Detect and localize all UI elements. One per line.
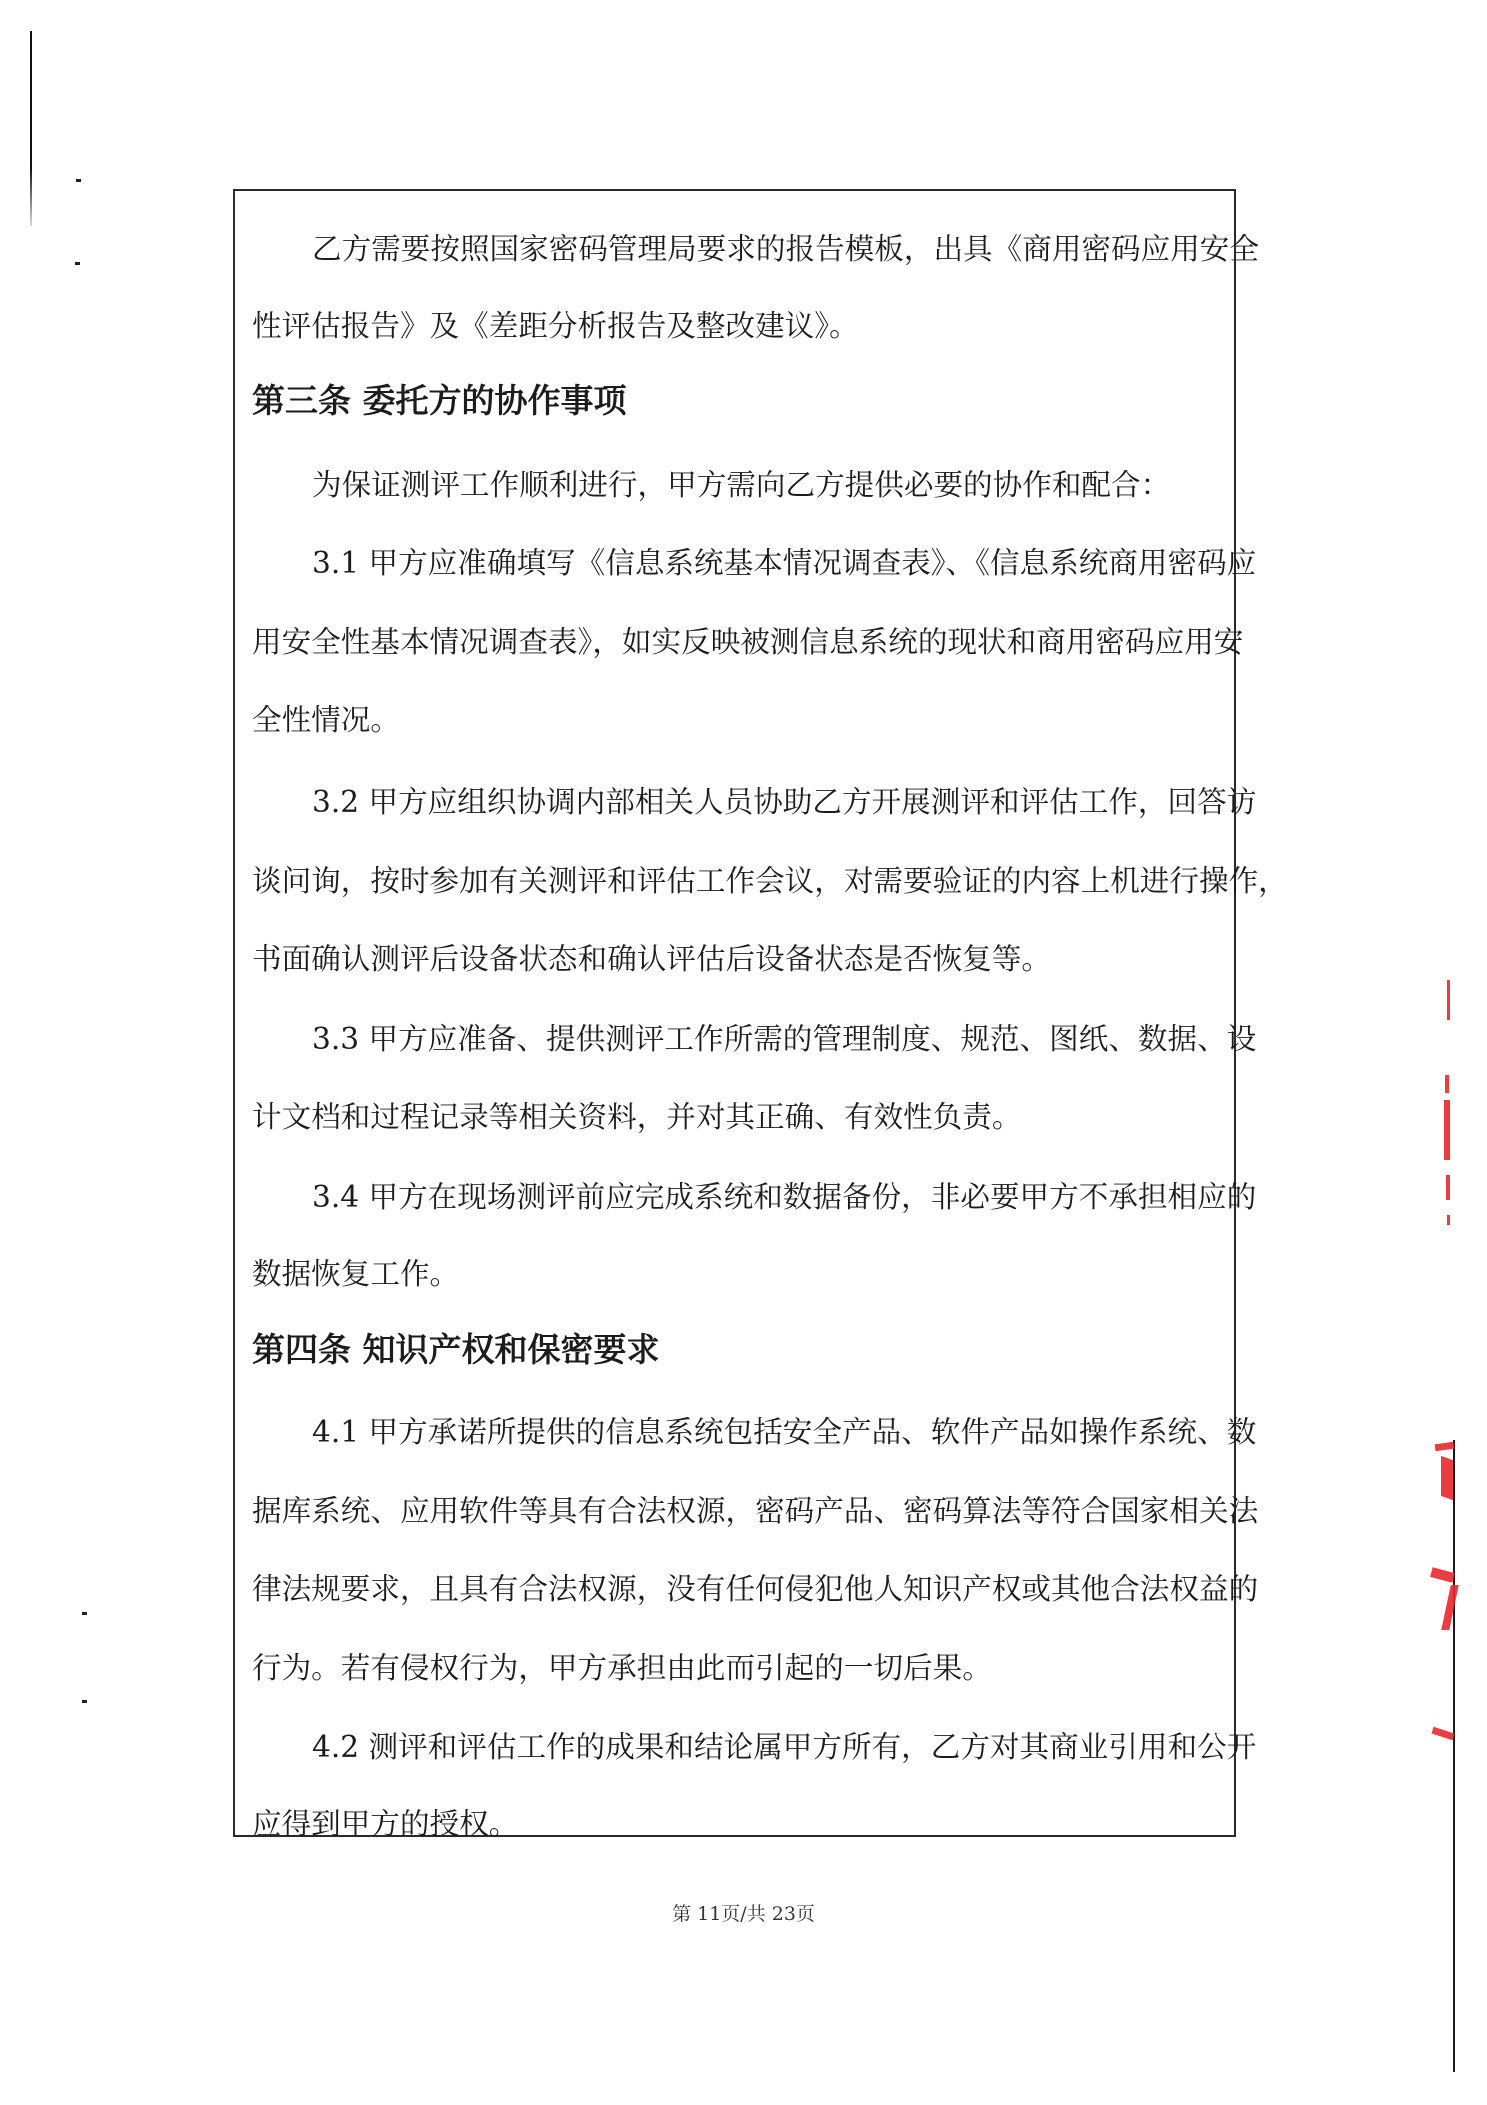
article-4-heading: 第四条 知识产权和保密要求 (252, 1331, 660, 1369)
clause-3-2-line: 3.2 甲方应组织协调内部相关人员协助乙方开展测评和评估工作，回答访 (312, 785, 1256, 819)
article-3-heading: 第三条 委托方的协作事项 (252, 382, 627, 420)
scan-margin-line (30, 31, 32, 226)
clause-3-4-line: 3.4 甲方在现场测评前应完成系统和数据备份，非必要甲方不承担相应的 (312, 1180, 1256, 1214)
page-number: 第 11页/共 23页 (0, 1903, 1487, 1925)
clause-3-1-line: 用安全性基本情况调查表》，如实反映被测信息系统的现状和商用密码应用安 (252, 625, 1243, 659)
paragraph-line: 性评估报告》及《差距分析报告及整改建议》。 (252, 309, 859, 343)
clause-3-2-line: 谈问询，按时参加有关测评和评估工作会议，对需要验证的内容上机进行操作， (252, 864, 1288, 898)
clause-3-3-line: 3.3 甲方应准备、提供测评工作所需的管理制度、规范、图纸、数据、设 (312, 1022, 1256, 1056)
clause-3-3-line: 计文档和过程记录等相关资料，并对其正确、有效性负责。 (252, 1100, 1021, 1134)
clause-4-1-line: 行为。若有侵权行为，甲方承担由此而引起的一切后果。 (252, 1651, 992, 1685)
clause-3-1-line: 3.1 甲方应准确填写《信息系统基本情况调查表》、《信息系统商用密码应 (312, 546, 1256, 580)
scan-mark (82, 1612, 87, 1615)
clause-4-1-line: 4.1 甲方承诺所提供的信息系统包括安全产品、软件产品如操作系统、数 (312, 1415, 1256, 1449)
clause-3-2-line: 书面确认测评后设备状态和确认评估后设备状态是否恢复等。 (252, 942, 1051, 976)
scan-mark (82, 1700, 87, 1703)
paragraph-line: 为保证测评工作顺利进行，甲方需向乙方提供必要的协作和配合： (312, 468, 1170, 502)
scan-mark (75, 262, 80, 265)
scan-mark (76, 179, 81, 182)
clause-3-1-line: 全性情况。 (252, 703, 400, 737)
clause-4-1-line: 据库系统、应用软件等具有合法权源，密码产品、密码算法等符合国家相关法 (252, 1494, 1258, 1528)
clause-3-4-line: 数据恢复工作。 (252, 1257, 459, 1291)
scan-edge-line (1453, 1440, 1455, 2072)
contract-clause-box: 乙方需要按照国家密码管理局要求的报告模板，出具《商用密码应用安全 性评估报告》及… (233, 189, 1236, 1837)
clause-4-2-line: 4.2 测评和评估工作的成果和结论属甲方所有，乙方对其商业引用和公开 (312, 1730, 1256, 1764)
clause-4-2-line: 应得到甲方的授权。 (252, 1807, 518, 1841)
clause-4-1-line: 律法规要求，且具有合法权源，没有任何侵犯他人知识产权或其他合法权益的 (252, 1572, 1258, 1606)
paragraph-line: 乙方需要按照国家密码管理局要求的报告模板，出具《商用密码应用安全 (312, 232, 1259, 266)
